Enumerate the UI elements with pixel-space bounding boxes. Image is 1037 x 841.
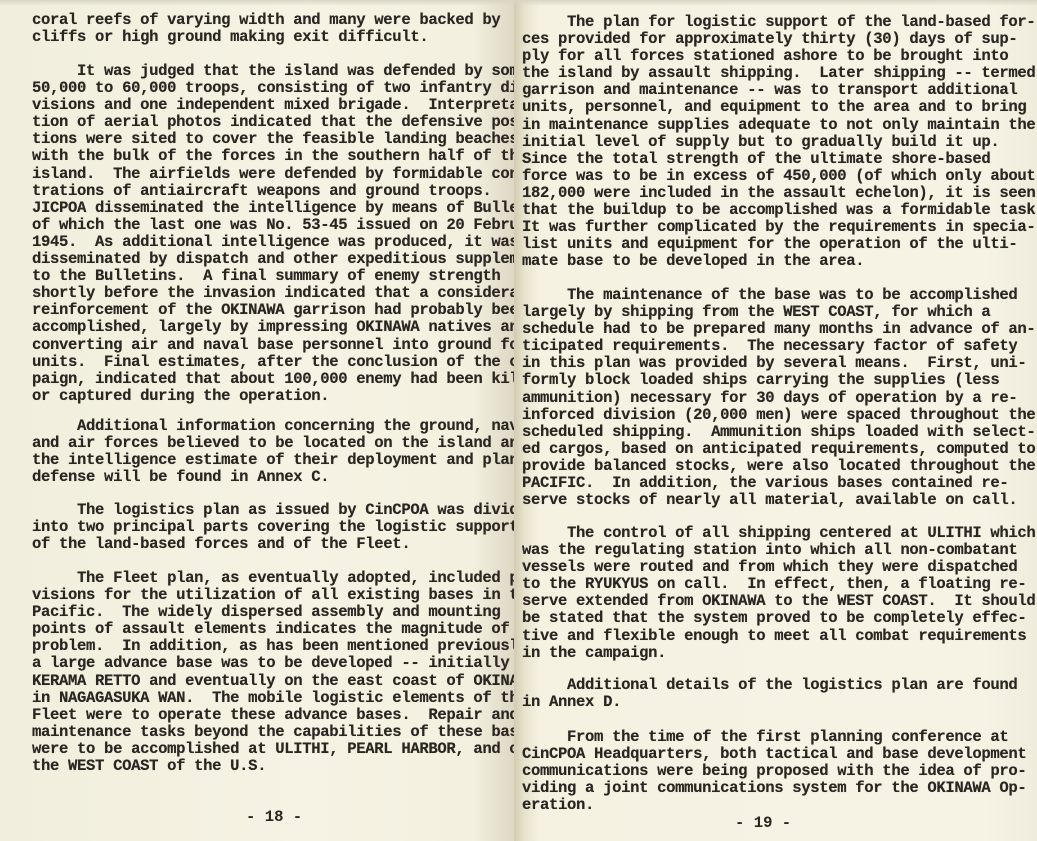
text-line: were to be accomplished at ULITHI, PEARL… <box>32 741 554 758</box>
text-line: or captured during the operation. <box>32 388 554 405</box>
text-line: communications were being proposed with … <box>522 763 1026 780</box>
page-number-18: - 18 - <box>246 808 302 826</box>
text-line: in maintenance supplies adequate to not … <box>522 117 1037 134</box>
paragraph: The plan for logistic support of the lan… <box>522 14 1037 270</box>
text-line: in the campaign. <box>522 645 1035 662</box>
text-line: disseminated by dispatch and other exped… <box>32 251 554 268</box>
text-line: JICPOA disseminated the intelligence by … <box>32 200 554 217</box>
text-line: the island by assault shipping. Later sh… <box>522 65 1037 82</box>
text-line: PACIFIC. In addition, the various bases … <box>522 475 1035 492</box>
page-18: coral reefs of varying width and many we… <box>0 0 514 841</box>
text-line: formly block loaded ships carrying the s… <box>522 372 1035 389</box>
text-line: of the land-based forces and of the Flee… <box>32 536 536 553</box>
paragraph: The control of all shipping centered at … <box>522 525 1035 662</box>
text-line: tive and flexible enough to meet all com… <box>522 628 1035 645</box>
text-line: 182,000 were included in the assault ech… <box>522 185 1037 202</box>
text-line: trations of antiaircraft weapons and gro… <box>32 183 554 200</box>
text-line: accomplished, largely by impressing OKIN… <box>32 319 554 336</box>
page-top-shadow <box>514 0 1037 6</box>
text-line: ed cargos, based on anticipated requirem… <box>522 441 1035 458</box>
text-line: of which the last one was No. 53-45 issu… <box>32 217 554 234</box>
paragraph: It was judged that the island was defend… <box>32 63 554 405</box>
text-line: list units and equipment for the operati… <box>522 236 1037 253</box>
text-line: KERAMA RETTO and eventually on the east … <box>32 673 554 690</box>
page-19: The plan for logistic support of the lan… <box>514 0 1037 841</box>
text-line: Pacific. The widely dispersed assembly a… <box>32 604 554 621</box>
page-number-19: - 19 - <box>735 814 791 832</box>
text-line: visions for the utilization of all exist… <box>32 587 554 604</box>
text-line: units, personnel, and equipment to the a… <box>522 99 1037 116</box>
text-line: to the Bulletins. A final summary of ene… <box>32 268 554 285</box>
text-line: Fleet were to operate these advance base… <box>32 707 554 724</box>
text-line: tions were sited to cover the feasible l… <box>32 131 554 148</box>
text-line: The maintenance of the base was to be ac… <box>522 287 1035 304</box>
text-line: largely by shipping from the WEST COAST,… <box>522 304 1035 321</box>
paragraph: The Fleet plan, as eventually adopted, i… <box>32 570 554 775</box>
text-line: in this plan was provided by several mea… <box>522 355 1035 372</box>
paragraph: Additional information concerning the gr… <box>32 418 545 486</box>
text-line: force was to be in excess of 450,000 (of… <box>522 168 1037 185</box>
text-line: CinCPOA Headquarters, both tactical and … <box>522 746 1026 763</box>
text-line: visions and one independent mixed brigad… <box>32 97 554 114</box>
text-line: problem. In addition, as has been mentio… <box>32 638 554 655</box>
text-line: Since the total strength of the ultimate… <box>522 151 1037 168</box>
text-line: maintenance tasks beyond the capabilitie… <box>32 724 554 741</box>
text-line: be stated that the system proved to be c… <box>522 610 1035 627</box>
text-line: provide balanced stocks, were also locat… <box>522 458 1035 475</box>
text-line: island. The airfields were defended by f… <box>32 166 554 183</box>
text-line: It was further complicated by the requir… <box>522 219 1037 236</box>
paragraph: The logistics plan as issued by CinCPOA … <box>32 502 536 553</box>
text-line: the intelligence estimate of their deplo… <box>32 452 545 469</box>
text-line: The Fleet plan, as eventually adopted, i… <box>32 570 554 587</box>
text-line: The control of all shipping centered at … <box>522 525 1035 542</box>
text-line: in NAGAGASUKA WAN. The mobile logistic e… <box>32 690 554 707</box>
text-line: vessels were routed and from which they … <box>522 559 1035 576</box>
text-line: cliffs or high ground making exit diffic… <box>32 29 500 46</box>
text-line: 50,000 to 60,000 troops, consisting of t… <box>32 80 554 97</box>
document-spread: coral reefs of varying width and many we… <box>0 0 1037 841</box>
text-line: inforced division (20,000 men) were spac… <box>522 407 1035 424</box>
text-line: From the time of the first planning conf… <box>522 729 1026 746</box>
text-line: shortly before the invasion indicated th… <box>32 285 554 302</box>
text-line: Additional details of the logistics plan… <box>522 677 1017 694</box>
text-line: to the RYUKYUS on call. In effect, then,… <box>522 576 1035 593</box>
text-line: ply for all forces stationed ashore to b… <box>522 48 1037 65</box>
text-line: with the bulk of the forces in the south… <box>32 148 554 165</box>
text-line: points of assault elements indicates the… <box>32 621 554 638</box>
text-line: defense will be found in Annex C. <box>32 469 545 486</box>
text-line: initial level of supply but to gradually… <box>522 134 1037 151</box>
text-line: reinforcement of the OKINAWA garrison ha… <box>32 302 554 319</box>
text-line: It was judged that the island was defend… <box>32 63 554 80</box>
paragraph: coral reefs of varying width and many we… <box>32 12 500 46</box>
text-line: ces provided for approximately thirty (3… <box>522 31 1037 48</box>
paragraph: The maintenance of the base was to be ac… <box>522 287 1035 509</box>
text-line: coral reefs of varying width and many we… <box>32 12 500 29</box>
text-line: in Annex D. <box>522 694 1017 711</box>
text-line: schedule had to be prepared many months … <box>522 321 1035 338</box>
paragraph: From the time of the first planning conf… <box>522 729 1026 814</box>
text-line: the WEST COAST of the U.S. <box>32 758 554 775</box>
text-line: The plan for logistic support of the lan… <box>522 14 1037 31</box>
text-line: was the regulating station into which al… <box>522 542 1035 559</box>
text-line: ticipated requirements. The necessary fa… <box>522 338 1035 355</box>
text-line: ammunition) necessary for 30 days of ope… <box>522 390 1035 407</box>
text-line: garrison and maintenance -- was to trans… <box>522 82 1037 99</box>
text-line: eration. <box>522 797 1026 814</box>
text-line: 1945. As additional intelligence was pro… <box>32 234 554 251</box>
text-line: viding a joint communications system for… <box>522 780 1026 797</box>
text-line: The logistics plan as issued by CinCPOA … <box>32 502 536 519</box>
paragraph: Additional details of the logistics plan… <box>522 677 1017 711</box>
text-line: units. Final estimates, after the conclu… <box>32 354 554 371</box>
text-line: Additional information concerning the gr… <box>32 418 545 435</box>
text-line: converting air and naval base personnel … <box>32 337 554 354</box>
text-line: and air forces believed to be located on… <box>32 435 545 452</box>
page-top-shadow <box>0 0 514 6</box>
text-line: into two principal parts covering the lo… <box>32 519 536 536</box>
text-line: that the buildup to be accomplished was … <box>522 202 1037 219</box>
text-line: scheduled shipping. Ammunition ships loa… <box>522 424 1035 441</box>
text-line: serve extended from OKINAWA to the WEST … <box>522 593 1035 610</box>
text-line: serve stocks of nearly all material, ava… <box>522 492 1035 509</box>
text-line: tion of aerial photos indicated that the… <box>32 114 554 131</box>
text-line: a large advance base was to be developed… <box>32 655 554 672</box>
text-line: paign, indicated that about 100,000 enem… <box>32 371 554 388</box>
text-line: mate base to be developed in the area. <box>522 253 1037 270</box>
